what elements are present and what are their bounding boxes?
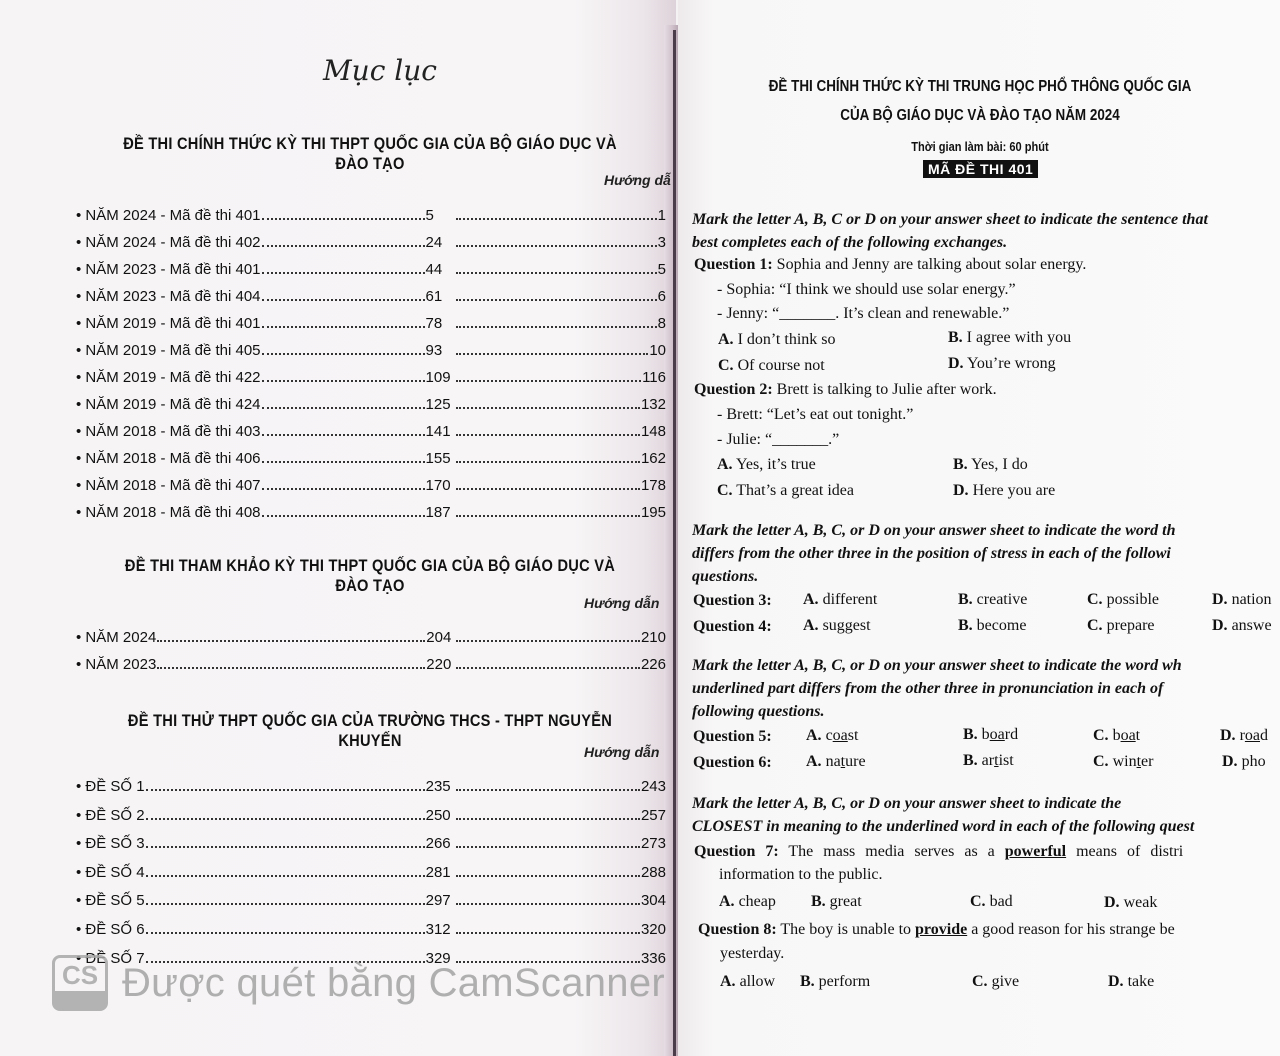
option-key: B. [811,893,826,910]
underlined-part: oa [1121,727,1136,744]
option-key: D. [1108,973,1124,990]
option-text: become [977,617,1027,634]
option-b: B. become [958,617,1026,635]
instruction-line: differs from the other three in the posi… [692,542,1280,565]
option-b: B. artist [963,752,1014,770]
dot-leader [262,488,425,490]
dialogue-speaker: - Julie: “ [717,431,772,448]
dot-leader [262,299,425,301]
exam-code-badge: MÃ ĐỀ THI 401 [923,160,1038,178]
option-text: d [1260,727,1268,744]
option-d: D. weak [1104,894,1157,912]
dot-leader [456,326,657,328]
option-text: er [1141,753,1153,770]
toc-entry-label: • ĐỀ SỐ 1 [76,778,145,795]
option-b: B. great [811,893,862,911]
option-text: I don’t think so [738,331,836,348]
option-key: D. [948,355,964,372]
option-text: c [826,727,833,744]
option-key: B. [963,752,978,769]
dot-leader [456,380,642,382]
option-text: Yes, it’s true [736,456,816,473]
toc-entry-label: • ĐỀ SỐ 6 [76,921,145,938]
dot-leader [262,272,425,274]
camscanner-logo-icon: CS [52,955,108,1011]
guide-column-label: Hướng dẫ [604,172,671,188]
option-d: D. road [1220,727,1268,745]
toc-entry-label: • NĂM 2023 - Mã đề thi 401 [76,261,261,278]
toc-entry[interactable]: • NĂM 2019 - Mã đề thi 424125132 [76,391,666,413]
toc-entry[interactable]: • NĂM 2023 - Mã đề thi 404616 [76,283,666,305]
option-text: b [982,726,990,743]
toc-entry-label: • ĐỀ SỐ 4 [76,864,145,881]
option-text: different [823,591,878,608]
guide-page-number: 178 [641,477,666,494]
dot-leader [456,353,649,355]
section-heading-mock: ĐỀ THI THỬ THPT QUỐC GIA CỦA TRƯỜNG THCS… [121,711,620,751]
dot-leader [157,667,425,669]
dot-leader [146,903,425,905]
toc-entry-label: • NĂM 2018 - Mã đề thi 403 [76,423,261,440]
toc-entry[interactable]: • NĂM 2024 - Mã đề thi 402243 [76,229,666,251]
option-text: possible [1107,591,1159,608]
option-c: C. give [972,973,1019,991]
option-d: D. nation [1212,591,1272,609]
underlined-part: oa [1245,727,1260,744]
guide-page-number: 116 [642,369,666,386]
instruction-line: following questions. [692,700,1280,723]
exam-page-number: 235 [426,778,454,795]
instruction-line: Mark the letter A, B, C, or D on your an… [692,519,1280,542]
exam-page-number: 93 [426,342,454,359]
dot-leader [456,818,640,820]
instruction-exchanges: Mark the letter A, B, C or D on your ans… [692,208,1280,254]
option-key: D. [1220,727,1236,744]
option-text: That’s a great idea [736,482,854,499]
option-key: C. [1093,753,1109,770]
dot-leader [262,434,425,436]
option-key: C. [970,893,986,910]
option-c: C. bad [970,893,1013,911]
option-key: B. [958,617,973,634]
dot-leader [456,640,640,642]
dialogue-text: .” [828,431,839,448]
question-3: Question 3: [693,592,772,610]
exam-page-number: 204 [426,629,454,646]
option-text: bad [990,893,1013,910]
option-key: C. [1093,727,1109,744]
option-key: A. [803,591,819,608]
exam-page-number: 250 [426,807,454,824]
option-a: A. Yes, it’s true [717,456,816,474]
option-text: Yes, I do [971,456,1028,473]
question-7-continuation: information to the public. [719,866,883,884]
option-key: C. [1087,617,1103,634]
instruction-line: Mark the letter A, B, C or D on your ans… [692,208,1280,231]
toc-entry[interactable]: • ĐỀ SỐ 1235243 [76,773,666,795]
question-text: Sophia and Jenny are talking about solar… [777,256,1087,273]
option-d: D. You’re wrong [948,355,1056,373]
option-a: A. nature [806,753,866,771]
option-key: D. [1222,753,1238,770]
underlined-part: oa [833,727,848,744]
instruction-line: CLOSEST in meaning to the underlined wor… [692,815,1280,838]
option-c: C. boat [1093,727,1140,745]
dot-leader [456,461,640,463]
dot-leader [456,272,657,274]
toc-entry[interactable]: • NĂM 2018 - Mã đề thi 406155162 [76,445,666,467]
toc-entry[interactable]: • NĂM 2018 - Mã đề thi 403141148 [76,418,666,440]
toc-entry-label: • ĐỀ SỐ 5 [76,892,145,909]
question-label: Question 5: [693,728,772,745]
option-text: perform [819,973,871,990]
guide-column-label: Hướng dẫn [584,744,659,760]
toc-entry[interactable]: • NĂM 2024204210 [76,624,666,646]
option-d: D. take [1108,973,1154,991]
question-text: means of distri [1076,843,1183,860]
question-label: Question 3: [693,592,772,609]
dot-leader [456,667,640,669]
watermark-text: Được quét bằng CamScanner [122,961,665,1006]
question-label: Question 6: [693,754,772,771]
dot-leader [262,353,425,355]
guide-page-number: 320 [641,921,666,938]
guide-page-number: 226 [641,656,666,673]
guide-page-number: 132 [641,396,666,413]
guide-page-number: 304 [641,892,666,909]
option-key: A. [803,617,819,634]
option-text: pho [1242,753,1266,770]
question-1: Question 1: Sophia and Jenny are talking… [694,256,1086,274]
dialogue-line: - Julie: “_______.” [717,431,839,449]
guide-page-number: 210 [641,629,666,646]
instruction-stress: Mark the letter A, B, C, or D on your an… [692,519,1280,588]
dot-leader [262,407,425,409]
toc-entry[interactable]: • ĐỀ SỐ 6312320 [76,916,666,938]
option-key: A. [806,753,822,770]
instruction-line: Mark the letter A, B, C, or D on your an… [692,792,1280,815]
toc-entry-label: • NĂM 2019 - Mã đề thi 401 [76,315,261,332]
option-c: C. winter [1093,753,1153,771]
guide-page-number: 273 [641,835,666,852]
toc-entry-label: • ĐỀ SỐ 3 [76,835,145,852]
option-key: B. [948,329,963,346]
toc-entry-label: • NĂM 2019 - Mã đề thi 422 [76,369,261,386]
dot-leader [262,380,425,382]
exam-title-line2: CỦA BỘ GIÁO DỤC VÀ ĐÀO TẠO NĂM 2024 [745,107,1215,125]
option-d: D. pho [1222,753,1266,771]
toc-entry[interactable]: • ĐỀ SỐ 5297304 [76,887,666,909]
guide-page-number: 243 [641,778,666,795]
option-text: rd [1005,726,1018,743]
dot-leader [456,903,640,905]
exam-page-number: 266 [426,835,454,852]
toc-entry-label: • NĂM 2019 - Mã đề thi 424 [76,396,261,413]
toc-entry[interactable]: • NĂM 2024 - Mã đề thi 40151 [76,202,666,224]
exam-page-number: 44 [426,261,454,278]
toc-entry-label: • NĂM 2018 - Mã đề thi 408 [76,504,261,521]
guide-page-number: 288 [641,864,666,881]
question-label: Question 2: [694,381,773,398]
dot-leader [456,875,640,877]
toc-entry-label: • NĂM 2024 [76,629,156,646]
answer-blank: _______ [772,431,828,448]
dialogue-line: - Sophia: “I think we should use solar e… [717,281,1016,299]
dot-leader [262,326,425,328]
question-label: Question 1: [694,256,773,273]
option-text: ist [999,752,1014,769]
dot-leader [456,932,640,934]
dot-leader [146,818,425,820]
toc-entry[interactable]: • NĂM 2023220226 [76,651,666,673]
guide-page-number: 3 [658,234,666,251]
exam-page-number: 312 [426,921,454,938]
toc-entry[interactable]: • NĂM 2018 - Mã đề thi 408187195 [76,499,666,521]
spine-shadow [673,30,676,1056]
question-7: Question 7: The mass media serves as a p… [694,843,1183,861]
option-a: A. coast [806,727,858,745]
toc-entry-label: • NĂM 2024 - Mã đề thi 401 [76,207,261,224]
question-5: Question 5: [693,728,772,746]
option-key: A. [718,331,734,348]
toc-entry-label: • NĂM 2023 - Mã đề thi 404 [76,288,261,305]
dot-leader [262,245,425,247]
question-8: Question 8: The boy is unable to provide… [698,921,1175,939]
option-b: B. board [963,726,1018,744]
exam-page-number: 155 [426,450,454,467]
option-text: answe [1232,617,1272,634]
underlined-part: oa [990,726,1005,743]
question-label: Question 7: [694,843,779,860]
dialogue-speaker: - Jenny: “ [717,305,779,322]
dot-leader [262,515,425,517]
option-c: C. possible [1087,591,1159,609]
exam-page-number: 170 [426,477,454,494]
guide-page-number: 257 [641,807,666,824]
toc-entry-label: • ĐỀ SỐ 2 [76,807,145,824]
guide-page-number: 5 [658,261,666,278]
question-4: Question 4: [693,618,772,636]
option-d: D. answe [1212,617,1272,635]
underlined-word: provide [915,921,967,938]
toc-title: Mục lục [300,54,460,87]
option-c: C. prepare [1087,617,1155,635]
toc-entry[interactable]: • NĂM 2019 - Mã đề thi 422109116 [76,364,666,386]
option-a: A. allow [720,973,775,991]
camscanner-watermark: CS Được quét bằng CamScanner [52,955,665,1011]
exam-page-number: 5 [426,207,454,224]
instruction-line: questions. [692,565,1280,588]
guide-page-number: 6 [658,288,666,305]
option-text: st [848,727,859,744]
exam-page-number: 24 [426,234,454,251]
instruction-synonym: Mark the letter A, B, C, or D on your an… [692,792,1280,838]
dot-leader [456,846,640,848]
option-key: C. [718,357,734,374]
exam-page-number: 297 [426,892,454,909]
dot-leader [456,789,640,791]
instruction-line: underlined part differs from the other t… [692,677,1280,700]
dot-leader [456,434,640,436]
option-key: B. [963,726,978,743]
instruction-pronunciation: Mark the letter A, B, C, or D on your an… [692,654,1280,723]
option-text: win [1113,753,1137,770]
option-key: C. [972,973,988,990]
exam-page-number: 61 [426,288,454,305]
answer-blank: _______ [779,305,835,322]
toc-entry-label: • NĂM 2023 [76,656,156,673]
option-text: suggest [823,617,871,634]
guide-page-number: 10 [649,342,666,359]
instruction-line: Mark the letter A, B, C, or D on your an… [692,654,1280,677]
dialogue-line: - Brett: “Let’s eat out tonight.” [717,406,913,424]
option-text: allow [740,973,776,990]
option-text: weak [1124,894,1158,911]
dot-leader [146,846,425,848]
dialogue-text: . It’s clean and renewable.” [835,305,1009,322]
option-key: C. [717,482,733,499]
option-key: B. [958,591,973,608]
option-c: C. That’s a great idea [717,482,854,500]
option-text: na [826,753,841,770]
option-key: B. [953,456,968,473]
dot-leader [146,875,425,877]
option-key: D. [1212,617,1228,634]
dot-leader [456,245,657,247]
option-text: give [992,973,1020,990]
exam-page-number: 220 [426,656,454,673]
toc-entry-label: • NĂM 2018 - Mã đề thi 407 [76,477,261,494]
instruction-line: best completes each of the following exc… [692,231,1280,254]
option-key: A. [719,893,735,910]
toc-entry[interactable]: • NĂM 2018 - Mã đề thi 407170178 [76,472,666,494]
option-b: B. I agree with you [948,329,1071,347]
question-8-continuation: yesterday. [720,945,784,963]
option-a: A. cheap [719,893,776,911]
option-text: ure [845,753,865,770]
exam-page-number: 141 [426,423,454,440]
option-key: A. [806,727,822,744]
exam-page-number: 125 [426,396,454,413]
guide-page-number: 148 [641,423,666,440]
dot-leader [456,407,640,409]
toc-entry-label: • NĂM 2019 - Mã đề thi 405 [76,342,261,359]
dot-leader [262,461,425,463]
option-text: prepare [1107,617,1155,634]
question-text: The boy is unable to [780,921,911,938]
option-a: A. suggest [803,617,871,635]
toc-entry[interactable]: • NĂM 2019 - Mã đề thi 4059310 [76,337,666,359]
option-text: creative [977,591,1028,608]
dot-leader [456,488,640,490]
exam-page-number: 281 [426,864,454,881]
option-text: nation [1232,591,1272,608]
question-text: Brett is talking to Julie after work. [777,381,997,398]
guide-page-number: 195 [641,504,666,521]
toc-entry[interactable]: • NĂM 2023 - Mã đề thi 401445 [76,256,666,278]
option-key: D. [1104,894,1120,911]
option-key: C. [1087,591,1103,608]
option-b: B. perform [800,973,870,991]
underlined-word: powerful [1005,843,1066,860]
exam-page-number: 109 [426,369,454,386]
dot-leader [456,299,657,301]
dot-leader [146,932,425,934]
option-b: B. Yes, I do [953,456,1028,474]
option-text: Here you are [973,482,1056,499]
option-key: D. [1212,591,1228,608]
option-text: cheap [739,893,776,910]
dot-leader [456,515,640,517]
dot-leader [146,789,425,791]
option-c: C. Of course not [718,357,825,375]
question-text: The mass media serves as a [788,843,994,860]
option-key: D. [953,482,969,499]
exam-title-line1: ĐỀ THI CHÍNH THỨC KỲ THI TRUNG HỌC PHỔ T… [745,78,1215,96]
option-key: A. [720,973,736,990]
exam-time: Thời gian làm bài: 60 phút [742,139,1218,154]
toc-entry-label: • NĂM 2024 - Mã đề thi 402 [76,234,261,251]
guide-column-label: Hướng dẫn [584,595,659,611]
option-text: You’re wrong [967,355,1056,372]
section-heading-official: ĐỀ THI CHÍNH THỨC KỲ THI THPT QUỐC GIA C… [121,134,620,174]
option-key: B. [800,973,815,990]
question-label: Question 8: [698,921,777,938]
option-a: A. I don’t think so [718,331,836,349]
toc-entry[interactable]: • ĐỀ SỐ 4281288 [76,859,666,881]
option-text: I agree with you [967,329,1071,346]
question-text: a good reason for his strange be [971,921,1175,938]
option-text: Of course not [738,357,825,374]
dot-leader [456,218,657,220]
toc-entry[interactable]: • NĂM 2019 - Mã đề thi 401788 [76,310,666,332]
guide-page-number: 8 [658,315,666,332]
option-text: t [1136,727,1140,744]
guide-page-number: 1 [658,207,666,224]
guide-page-number: 162 [641,450,666,467]
exam-page-number: 187 [426,504,454,521]
section-heading-reference: ĐỀ THI THAM KHẢO KỲ THI THPT QUỐC GIA CỦ… [121,556,620,596]
question-6: Question 6: [693,754,772,772]
option-text: ar [982,752,994,769]
option-text: great [830,893,862,910]
toc-entry[interactable]: • ĐỀ SỐ 3266273 [76,830,666,852]
dialogue-line: - Jenny: “_______. It’s clean and renewa… [717,305,1009,323]
option-a: A. different [803,591,877,609]
dot-leader [157,640,425,642]
option-b: B. creative [958,591,1027,609]
toc-entry[interactable]: • ĐỀ SỐ 2250257 [76,802,666,824]
toc-entry-label: • NĂM 2018 - Mã đề thi 406 [76,450,261,467]
option-key: A. [717,456,733,473]
dot-leader [262,218,425,220]
option-d: D. Here you are [953,482,1055,500]
question-2: Question 2: Brett is talking to Julie af… [694,381,997,399]
question-label: Question 4: [693,618,772,635]
option-text: b [1113,727,1121,744]
option-text: take [1128,973,1155,990]
exam-page-number: 78 [426,315,454,332]
